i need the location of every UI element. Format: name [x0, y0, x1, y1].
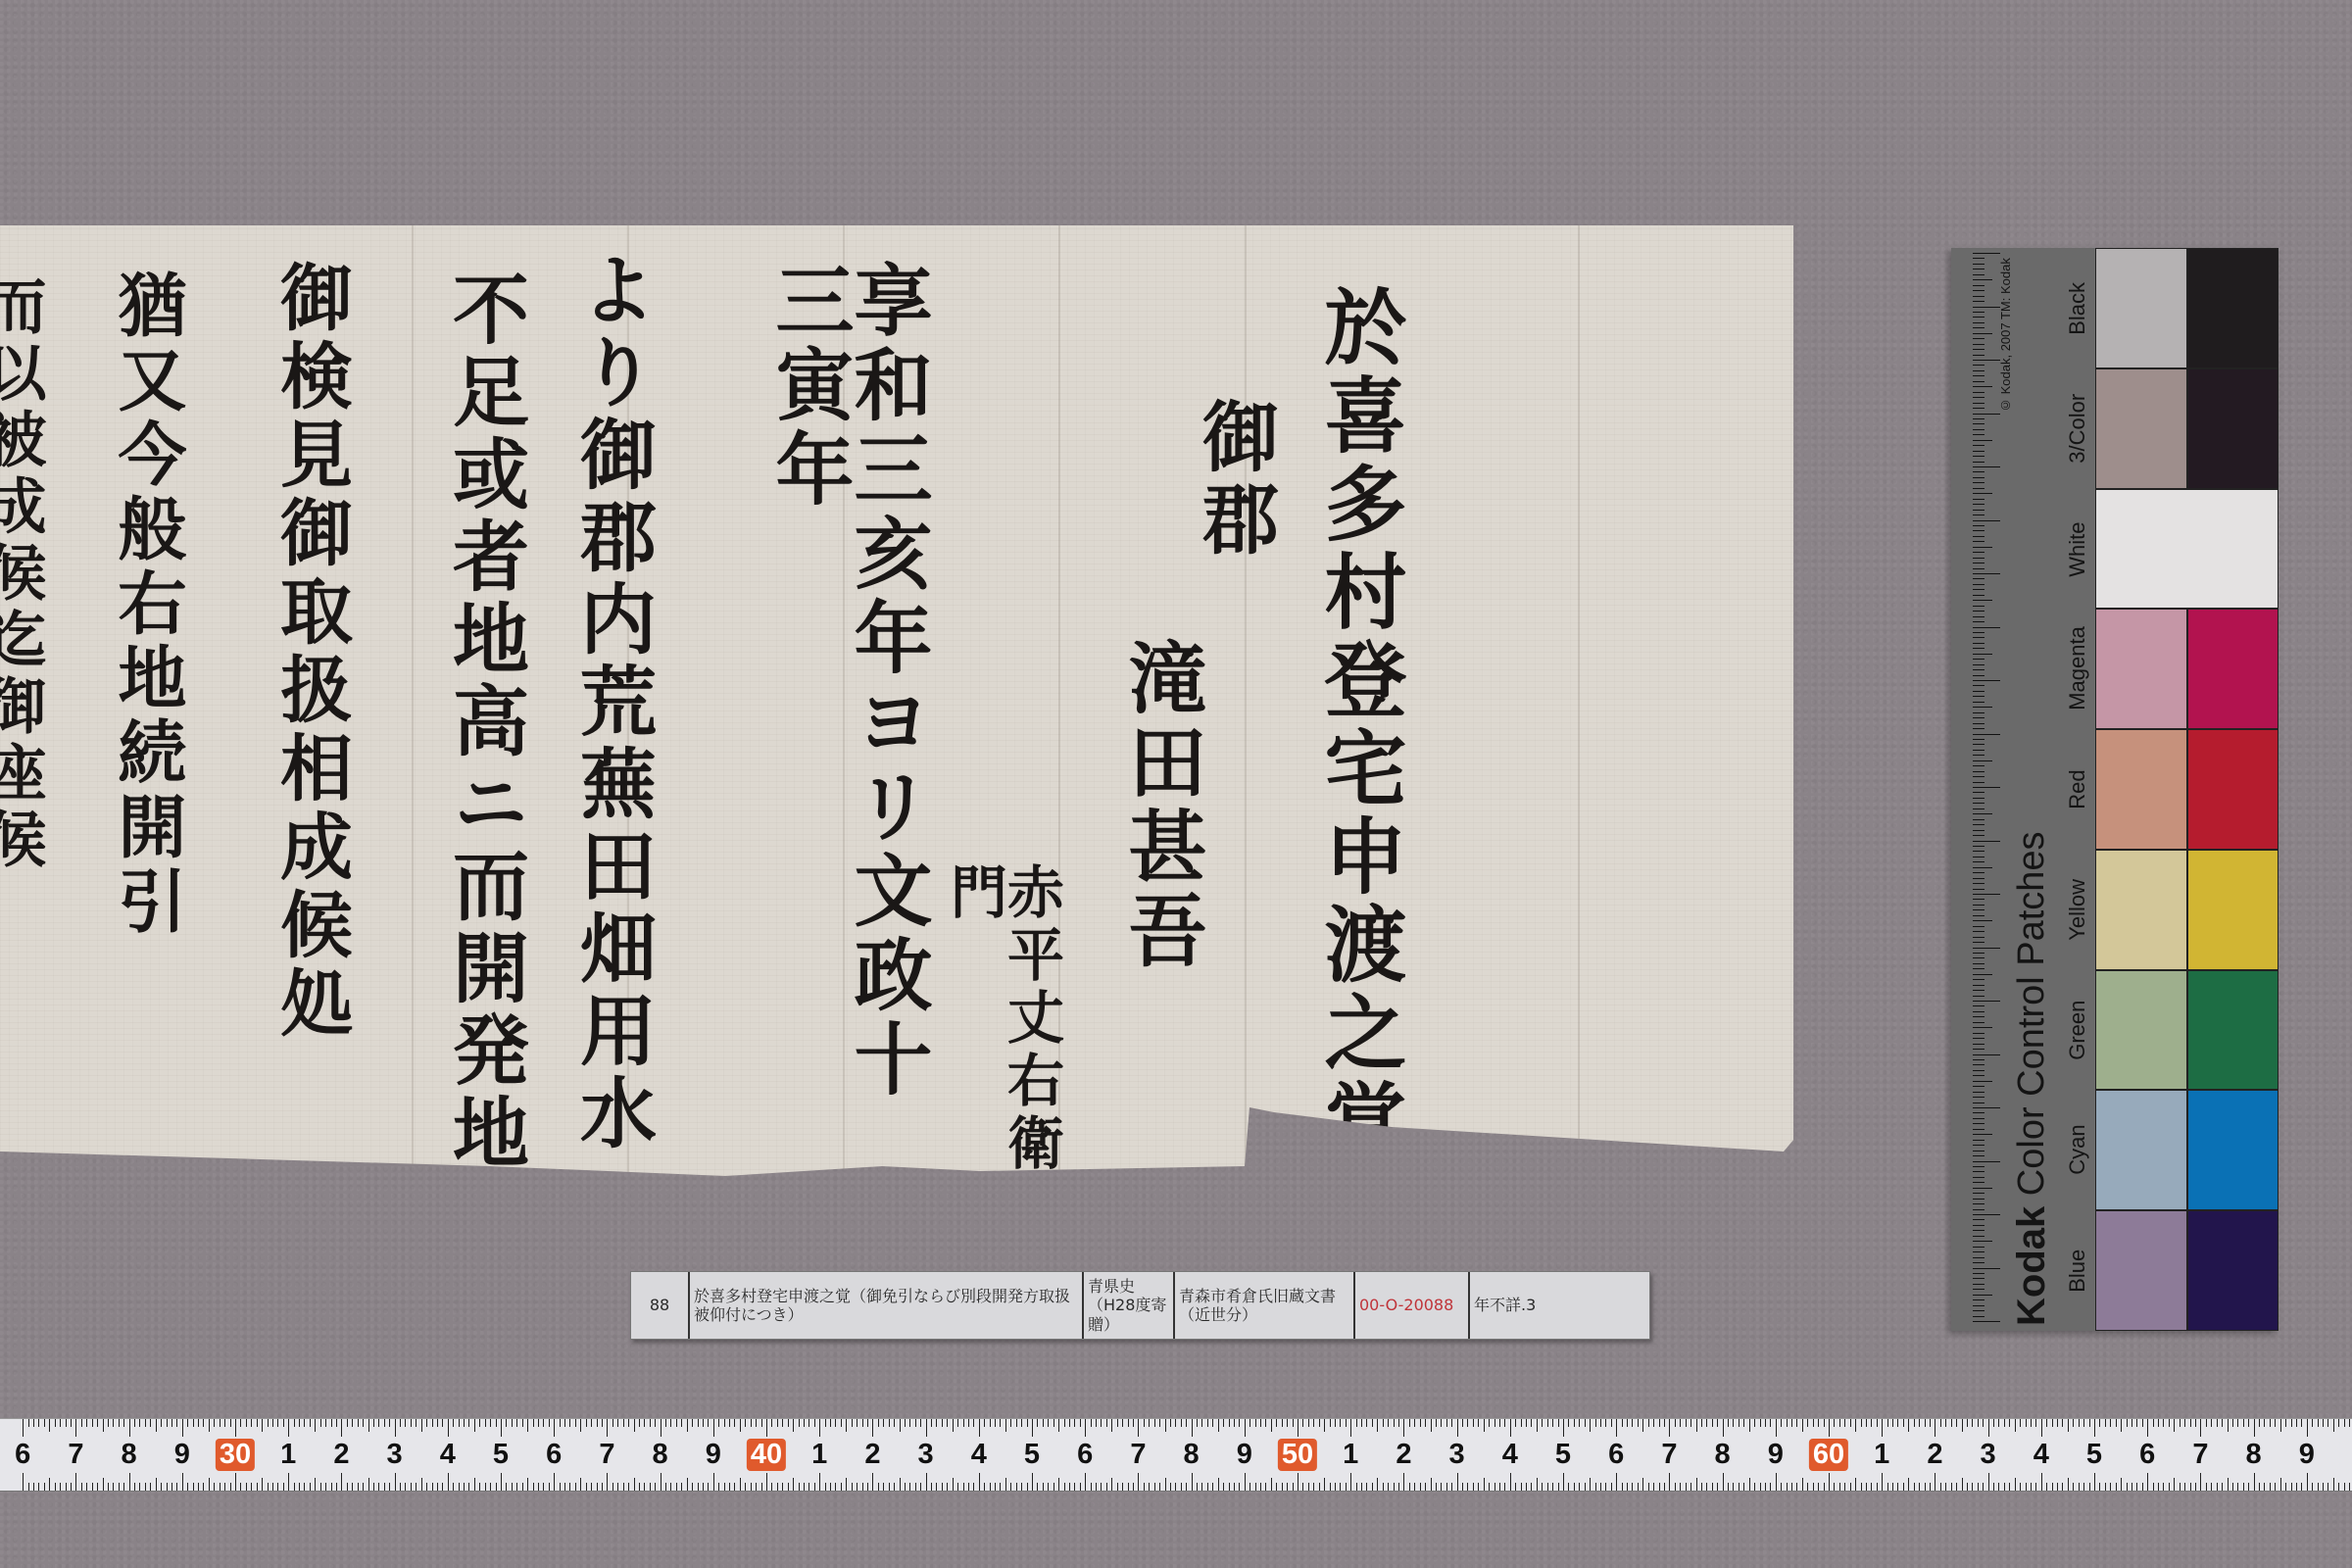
- ruler-tick: [761, 1483, 762, 1491]
- ruler-tick: [1388, 1483, 1389, 1491]
- ruler-tick: [825, 1419, 826, 1427]
- ruler-tick: [1510, 1473, 1511, 1491]
- kodak-scale-tick: [1973, 1177, 1984, 1178]
- ruler-tick: [60, 1483, 61, 1491]
- ruler-tick: [1436, 1483, 1437, 1491]
- ruler-tick: [2327, 1419, 2328, 1427]
- ruler-tick: [1568, 1483, 1569, 1491]
- ruler-tick: [1701, 1483, 1702, 1491]
- ruler-tick: [55, 1483, 56, 1491]
- ruler-tick: [214, 1483, 215, 1491]
- ruler-tick: [527, 1419, 528, 1432]
- ruler-tick: [1796, 1483, 1797, 1491]
- ruler-tick: [1515, 1483, 1516, 1491]
- ruler-tick: [1159, 1419, 1160, 1427]
- ruler-tick: [512, 1419, 513, 1427]
- ruler-tick: [1712, 1483, 1713, 1491]
- ruler-tick: [1611, 1483, 1612, 1491]
- ruler-tick: [81, 1419, 82, 1427]
- ruler-tick: [240, 1419, 241, 1427]
- kodak-scale-tick: [1973, 285, 1984, 286]
- ruler-tick: [1993, 1483, 1994, 1491]
- ruler-tick: [1000, 1419, 1001, 1427]
- ruler-tick: [724, 1419, 725, 1427]
- ruler-tick: [713, 1419, 714, 1437]
- ruler-tick: [315, 1478, 316, 1491]
- kodak-scale-tick: [1973, 905, 1984, 906]
- ruler-tick: [55, 1419, 56, 1427]
- ruler-tick: [368, 1419, 369, 1432]
- kodak-scale-tick: [1973, 765, 1984, 766]
- kodak-scale-tick: [1973, 530, 1984, 531]
- ruler-tick: [1218, 1419, 1219, 1432]
- kodak-scale-tick: [1973, 1241, 1992, 1242]
- ruler-tick: [1866, 1419, 1867, 1427]
- ruler-tick: [569, 1483, 570, 1491]
- patch-3-color-light: [2095, 368, 2187, 489]
- kodak-scale-tick: [1973, 471, 1984, 472]
- ruler-tick: [1605, 1419, 1606, 1427]
- ruler-tick: [1627, 1419, 1628, 1427]
- kodak-scale-tick: [1973, 1102, 1984, 1103]
- ruler-tick: [900, 1478, 901, 1491]
- ruler-tick: [378, 1483, 379, 1491]
- kodak-scale-tick: [1973, 957, 1984, 958]
- ruler-tick: [1000, 1483, 1001, 1491]
- ruler-label: 2: [1396, 1439, 1411, 1471]
- ruler-tick: [2333, 1419, 2334, 1432]
- ruler-tick: [2057, 1483, 2058, 1491]
- ruler-tick: [299, 1419, 300, 1427]
- kodak-scale-tick: [1973, 386, 1992, 387]
- ruler-tick: [1648, 1483, 1649, 1491]
- kodak-scale-tick: [1973, 909, 1984, 910]
- kodak-scale-tick: [1973, 423, 1984, 424]
- ruler-tick: [1324, 1419, 1325, 1432]
- patch-red-light: [2095, 729, 2187, 850]
- ruler-tick: [554, 1473, 555, 1491]
- patch-label: Green: [2065, 980, 2090, 1081]
- ruler-tick: [28, 1419, 29, 1427]
- kodak-scale-tick: [1973, 510, 1984, 511]
- ruler-label: 6: [2139, 1439, 2155, 1471]
- ruler-tick: [2174, 1478, 2175, 1491]
- ruler-label: 3: [918, 1439, 934, 1471]
- ruler-tick: [661, 1419, 661, 1437]
- ruler-tick: [564, 1419, 565, 1427]
- kodak-scale-tick: [1973, 1193, 1984, 1194]
- kodak-scale-tick: [1973, 948, 2000, 949]
- ruler-tick: [2079, 1419, 2080, 1427]
- ruler-tick: [1388, 1419, 1389, 1427]
- ruler-tick: [607, 1419, 608, 1437]
- ruler-tick: [1473, 1419, 1474, 1427]
- kodak-scale-tick: [1973, 824, 1984, 825]
- calligraphy-column: 猶又今般右地続開引: [113, 269, 181, 940]
- ruler-tick: [1669, 1419, 1670, 1437]
- kodak-scale-tick: [1973, 360, 2000, 361]
- ruler-tick: [1558, 1419, 1559, 1427]
- ruler-tick: [1111, 1419, 1112, 1432]
- ruler-tick: [1170, 1483, 1171, 1491]
- ruler-tick: [915, 1483, 916, 1491]
- ruler-tick: [2015, 1478, 2016, 1491]
- ruler-tick: [1192, 1419, 1193, 1437]
- ruler-tick: [1706, 1419, 1707, 1427]
- ruler-tick: [1882, 1419, 1883, 1437]
- ruler-tick: [75, 1419, 76, 1437]
- kodak-scale-tick: [1973, 782, 1984, 783]
- ruler-tick: [203, 1419, 204, 1427]
- ruler-tick: [1319, 1419, 1320, 1427]
- ruler-tick: [358, 1483, 359, 1491]
- kodak-scale-tick: [1973, 493, 1992, 494]
- ruler-tick: [1552, 1419, 1553, 1427]
- ruler-tick: [2169, 1419, 2170, 1427]
- ruler-tick: [617, 1483, 618, 1491]
- ruler-label: 9: [174, 1439, 190, 1471]
- kodak-scale-tick: [1973, 771, 1984, 772]
- ruler-tick: [1690, 1419, 1691, 1427]
- ruler-tick: [920, 1419, 921, 1427]
- ruler-tick: [352, 1483, 353, 1491]
- ruler-tick: [857, 1483, 857, 1491]
- ruler-tick: [182, 1473, 183, 1491]
- ruler-tick: [1032, 1473, 1033, 1491]
- kodak-scale-tick: [1973, 1225, 1984, 1226]
- ruler-tick: [963, 1419, 964, 1427]
- ruler-tick: [1696, 1419, 1697, 1432]
- ruler-tick: [543, 1483, 544, 1491]
- kodak-scale-tick: [1973, 578, 1984, 579]
- ruler-tick: [1983, 1483, 1984, 1491]
- kodak-scale-tick: [1973, 482, 1984, 483]
- ruler-tick: [2031, 1483, 2032, 1491]
- ruler-tick: [905, 1483, 906, 1491]
- ruler-tick: [1877, 1483, 1878, 1491]
- ruler-tick: [1414, 1483, 1415, 1491]
- ruler-tick: [634, 1478, 635, 1491]
- ruler-tick: [1478, 1483, 1479, 1491]
- ruler-tick: [182, 1419, 183, 1437]
- ruler-tick: [2318, 1419, 2319, 1427]
- ruler-tick: [2079, 1483, 2080, 1491]
- kodak-scale-tick: [1973, 894, 2000, 895]
- ruler-tick: [331, 1419, 332, 1427]
- ruler-tick: [915, 1419, 916, 1427]
- ruler-tick: [277, 1419, 278, 1427]
- patch-red-dark: [2187, 729, 2278, 850]
- ruler-label: 4: [971, 1439, 987, 1471]
- ruler-tick: [808, 1419, 809, 1427]
- ruler-tick: [1499, 1483, 1500, 1491]
- ruler-tick: [2237, 1483, 2238, 1491]
- ruler-tick: [325, 1419, 326, 1427]
- ruler-tick: [751, 1419, 752, 1427]
- ruler-tick: [799, 1419, 800, 1427]
- ruler-tick: [474, 1419, 475, 1432]
- kodak-scale-tick: [1973, 434, 1984, 435]
- ruler-tick: [1144, 1483, 1145, 1491]
- ruler-tick: [71, 1483, 72, 1491]
- ruler-tick: [1058, 1419, 1059, 1432]
- kodak-scale-tick: [1973, 338, 1984, 339]
- ruler-tick: [1728, 1419, 1729, 1427]
- kodak-scale-tick: [1973, 568, 1984, 569]
- ruler-tick: [2254, 1419, 2255, 1437]
- ruler-tick: [1861, 1419, 1862, 1427]
- calligraphy-column: より御郡内荒蕪田畑用水: [573, 250, 650, 1155]
- kodak-scale-tick: [1973, 867, 1992, 868]
- ruler-tick: [713, 1473, 714, 1491]
- ruler-tick: [1302, 1483, 1303, 1491]
- ruler-tick: [1542, 1483, 1543, 1491]
- ruler-tick: [1346, 1419, 1347, 1427]
- ruler-tick: [459, 1419, 460, 1427]
- ruler-tick: [1366, 1419, 1367, 1427]
- patch-black-light: [2095, 248, 2187, 368]
- kodak-scale-tick: [1973, 307, 2000, 308]
- ruler-tick: [650, 1419, 651, 1427]
- ruler-tick: [1632, 1483, 1633, 1491]
- kodak-scale-tick: [1973, 541, 1984, 542]
- kodak-scale-tick: [1973, 1016, 1984, 1017]
- ruler-tick: [38, 1483, 39, 1491]
- ruler-tick: [1940, 1483, 1941, 1491]
- ruler-tick: [819, 1473, 820, 1491]
- ruler-tick: [1043, 1483, 1044, 1491]
- ruler-tick: [230, 1483, 231, 1491]
- ruler-label: 9: [1237, 1439, 1252, 1471]
- ruler-tick: [347, 1419, 348, 1427]
- ruler-tick: [2142, 1419, 2143, 1427]
- ruler-tick: [1361, 1483, 1362, 1491]
- kodak-scale-tick: [1973, 926, 1984, 927]
- ruler-tick: [761, 1419, 762, 1427]
- ruler-tick: [2318, 1483, 2319, 1491]
- ruler-tick: [538, 1483, 539, 1491]
- ruler-tick: [878, 1419, 879, 1427]
- kodak-scale-tick: [1973, 1278, 1984, 1279]
- ruler-tick: [2338, 1483, 2339, 1491]
- ruler-tick: [2142, 1483, 2143, 1491]
- ruler-tick: [459, 1483, 460, 1491]
- ruler-tick: [1441, 1483, 1442, 1491]
- ruler-tick: [2222, 1419, 2223, 1427]
- ruler-tick: [49, 1419, 50, 1432]
- kodak-scale-tick: [1973, 712, 1984, 713]
- ruler-major-label: 50: [1278, 1439, 1317, 1471]
- ruler-tick: [1787, 1419, 1788, 1427]
- ruler-tick: [86, 1483, 87, 1491]
- ruler-tick: [1010, 1419, 1011, 1427]
- ruler-tick: [1807, 1419, 1808, 1427]
- ruler-tick: [97, 1483, 98, 1491]
- kodak-scale-tick: [1973, 397, 1984, 398]
- calligraphy-column: 不足或者地高ニ而開発地: [446, 269, 522, 1175]
- ruler-tick: [580, 1419, 581, 1432]
- ruler-tick: [1170, 1419, 1171, 1427]
- ruler-tick: [442, 1483, 443, 1491]
- ruler-tick: [2083, 1483, 2084, 1491]
- ruler-tick: [909, 1419, 910, 1427]
- ruler-tick: [1638, 1419, 1639, 1427]
- ruler-tick: [1197, 1419, 1198, 1427]
- kodak-scale-tick: [1973, 258, 1984, 259]
- ruler-tick: [788, 1419, 789, 1427]
- ruler-tick: [103, 1478, 104, 1491]
- ruler-tick: [687, 1419, 688, 1432]
- ruler-tick: [926, 1473, 927, 1491]
- ruler-tick: [580, 1478, 581, 1491]
- ruler-tick: [1605, 1483, 1606, 1491]
- ruler-tick: [1717, 1483, 1718, 1491]
- patch-label: Black: [2065, 258, 2090, 359]
- ruler-tick: [1585, 1419, 1586, 1427]
- ruler-tick: [766, 1473, 767, 1491]
- ruler-tick: [1106, 1483, 1107, 1491]
- kodak-scale-tick: [1973, 1289, 1984, 1290]
- kodak-title: Kodak Color Control Patches: [2010, 797, 2054, 1326]
- ruler-tick: [272, 1419, 273, 1427]
- ruler-tick: [2046, 1419, 2047, 1427]
- ruler-tick: [2020, 1483, 2021, 1491]
- patch-label: 3/Color: [2065, 378, 2090, 479]
- ruler-tick: [1229, 1419, 1230, 1427]
- ruler-tick: [400, 1419, 401, 1427]
- ruler-tick: [1383, 1419, 1384, 1427]
- ruler-tick: [2004, 1419, 2005, 1427]
- ruler-tick: [670, 1419, 671, 1427]
- ruler-tick: [1802, 1478, 1803, 1491]
- ruler-tick: [294, 1483, 295, 1491]
- kodak-scale-tick: [1973, 728, 1984, 729]
- kodak-scale-tick: [1973, 344, 1984, 345]
- kodak-scale-tick: [1973, 968, 1984, 969]
- ruler-tick: [320, 1483, 321, 1491]
- kodak-scale-tick: [1973, 392, 1984, 393]
- ruler-tick: [602, 1419, 603, 1427]
- kodak-scale-tick: [1973, 974, 1992, 975]
- ruler-tick: [1043, 1419, 1044, 1427]
- ruler-tick: [1796, 1419, 1797, 1427]
- kodak-scale-tick: [1973, 1027, 1992, 1028]
- ruler-label: 5: [1024, 1439, 1040, 1471]
- ruler-tick: [1053, 1483, 1054, 1491]
- ruler-tick: [1686, 1419, 1687, 1427]
- patch-label: White: [2065, 499, 2090, 600]
- ruler-tick: [1335, 1419, 1336, 1427]
- ruler-tick: [506, 1419, 507, 1427]
- ruler-tick: [1101, 1419, 1102, 1427]
- ruler-tick: [1302, 1419, 1303, 1427]
- kodak-scale-tick: [1973, 1118, 1984, 1119]
- ruler-tick: [1335, 1483, 1336, 1491]
- ruler-tick: [920, 1483, 921, 1491]
- ruler-tick: [2301, 1419, 2302, 1427]
- kodak-scale-tick: [1973, 1155, 1984, 1156]
- ruler-tick: [119, 1419, 120, 1427]
- ruler-tick: [1749, 1478, 1750, 1491]
- ruler-label: 5: [2086, 1439, 2102, 1471]
- ruler-tick: [437, 1483, 438, 1491]
- ruler-tick: [373, 1483, 374, 1491]
- kodak-scale-tick: [1973, 547, 1992, 548]
- ruler-tick: [612, 1419, 613, 1427]
- ruler-tick: [352, 1419, 353, 1427]
- kodak-scale-tick: [1973, 365, 1984, 366]
- ruler-tick: [1340, 1419, 1341, 1427]
- ruler-tick: [878, 1483, 879, 1491]
- kodak-scale-tick: [1973, 1044, 1984, 1045]
- ruler-tick: [389, 1483, 390, 1491]
- ruler-tick: [1925, 1419, 1926, 1427]
- ruler-tick: [1616, 1419, 1617, 1437]
- ruler-tick: [2228, 1478, 2229, 1491]
- ruler-major-label: 60: [1809, 1439, 1848, 1471]
- kodak-scale-tick: [1973, 408, 1984, 409]
- ruler-tick: [808, 1483, 809, 1491]
- ruler-tick: [2248, 1419, 2249, 1427]
- ruler-tick: [2195, 1483, 2196, 1491]
- kodak-scale-tick: [1973, 953, 1984, 954]
- ruler-tick: [1403, 1419, 1404, 1437]
- ruler-tick: [1791, 1483, 1792, 1491]
- ruler-tick: [841, 1419, 842, 1427]
- ruler-tick: [251, 1419, 252, 1427]
- ruler-tick: [92, 1419, 93, 1427]
- ruler-tick: [1420, 1419, 1421, 1427]
- ruler-tick: [416, 1419, 416, 1427]
- patch-green-dark: [2187, 970, 2278, 1091]
- ruler-tick: [931, 1419, 932, 1427]
- ruler-tick: [1138, 1473, 1139, 1491]
- ruler-tick: [729, 1483, 730, 1491]
- ruler-tick: [464, 1419, 465, 1427]
- ruler-tick: [66, 1419, 67, 1427]
- ruler-label: 4: [2033, 1439, 2049, 1471]
- ruler-major-label: 30: [216, 1439, 255, 1471]
- ruler-tick: [734, 1483, 735, 1491]
- ruler-tick: [1903, 1483, 1904, 1491]
- ruler-tick: [1616, 1473, 1617, 1491]
- ruler-tick: [1791, 1419, 1792, 1427]
- ruler-tick: [1111, 1478, 1112, 1491]
- paper-fold: [1578, 225, 1580, 1176]
- kodak-scale-tick: [1973, 691, 1984, 692]
- ruler-tick: [1537, 1478, 1538, 1491]
- ruler-tick: [310, 1483, 311, 1491]
- ruler-tick: [448, 1473, 449, 1491]
- ruler-tick: [44, 1483, 45, 1491]
- ruler-tick: [1245, 1419, 1246, 1437]
- patch-magenta-dark: [2187, 609, 2278, 729]
- ruler-tick: [1425, 1419, 1426, 1427]
- ruler-tick: [1181, 1419, 1182, 1427]
- ruler-label: 4: [1502, 1439, 1518, 1471]
- ruler-tick: [835, 1419, 836, 1427]
- ruler-tick: [1201, 1419, 1202, 1427]
- ruler-tick: [448, 1419, 449, 1437]
- calligraphy-column: 於喜多村登宅申渡之覚: [1318, 284, 1400, 1166]
- ruler-tick: [1908, 1419, 1909, 1432]
- ruler-tick: [560, 1419, 561, 1427]
- kodak-scale-tick: [1973, 584, 1984, 585]
- ruler-tick: [953, 1419, 954, 1432]
- kodak-scale-tick: [1973, 1145, 1984, 1146]
- kodak-scale-tick: [1973, 841, 2000, 842]
- ruler-tick: [1032, 1419, 1033, 1437]
